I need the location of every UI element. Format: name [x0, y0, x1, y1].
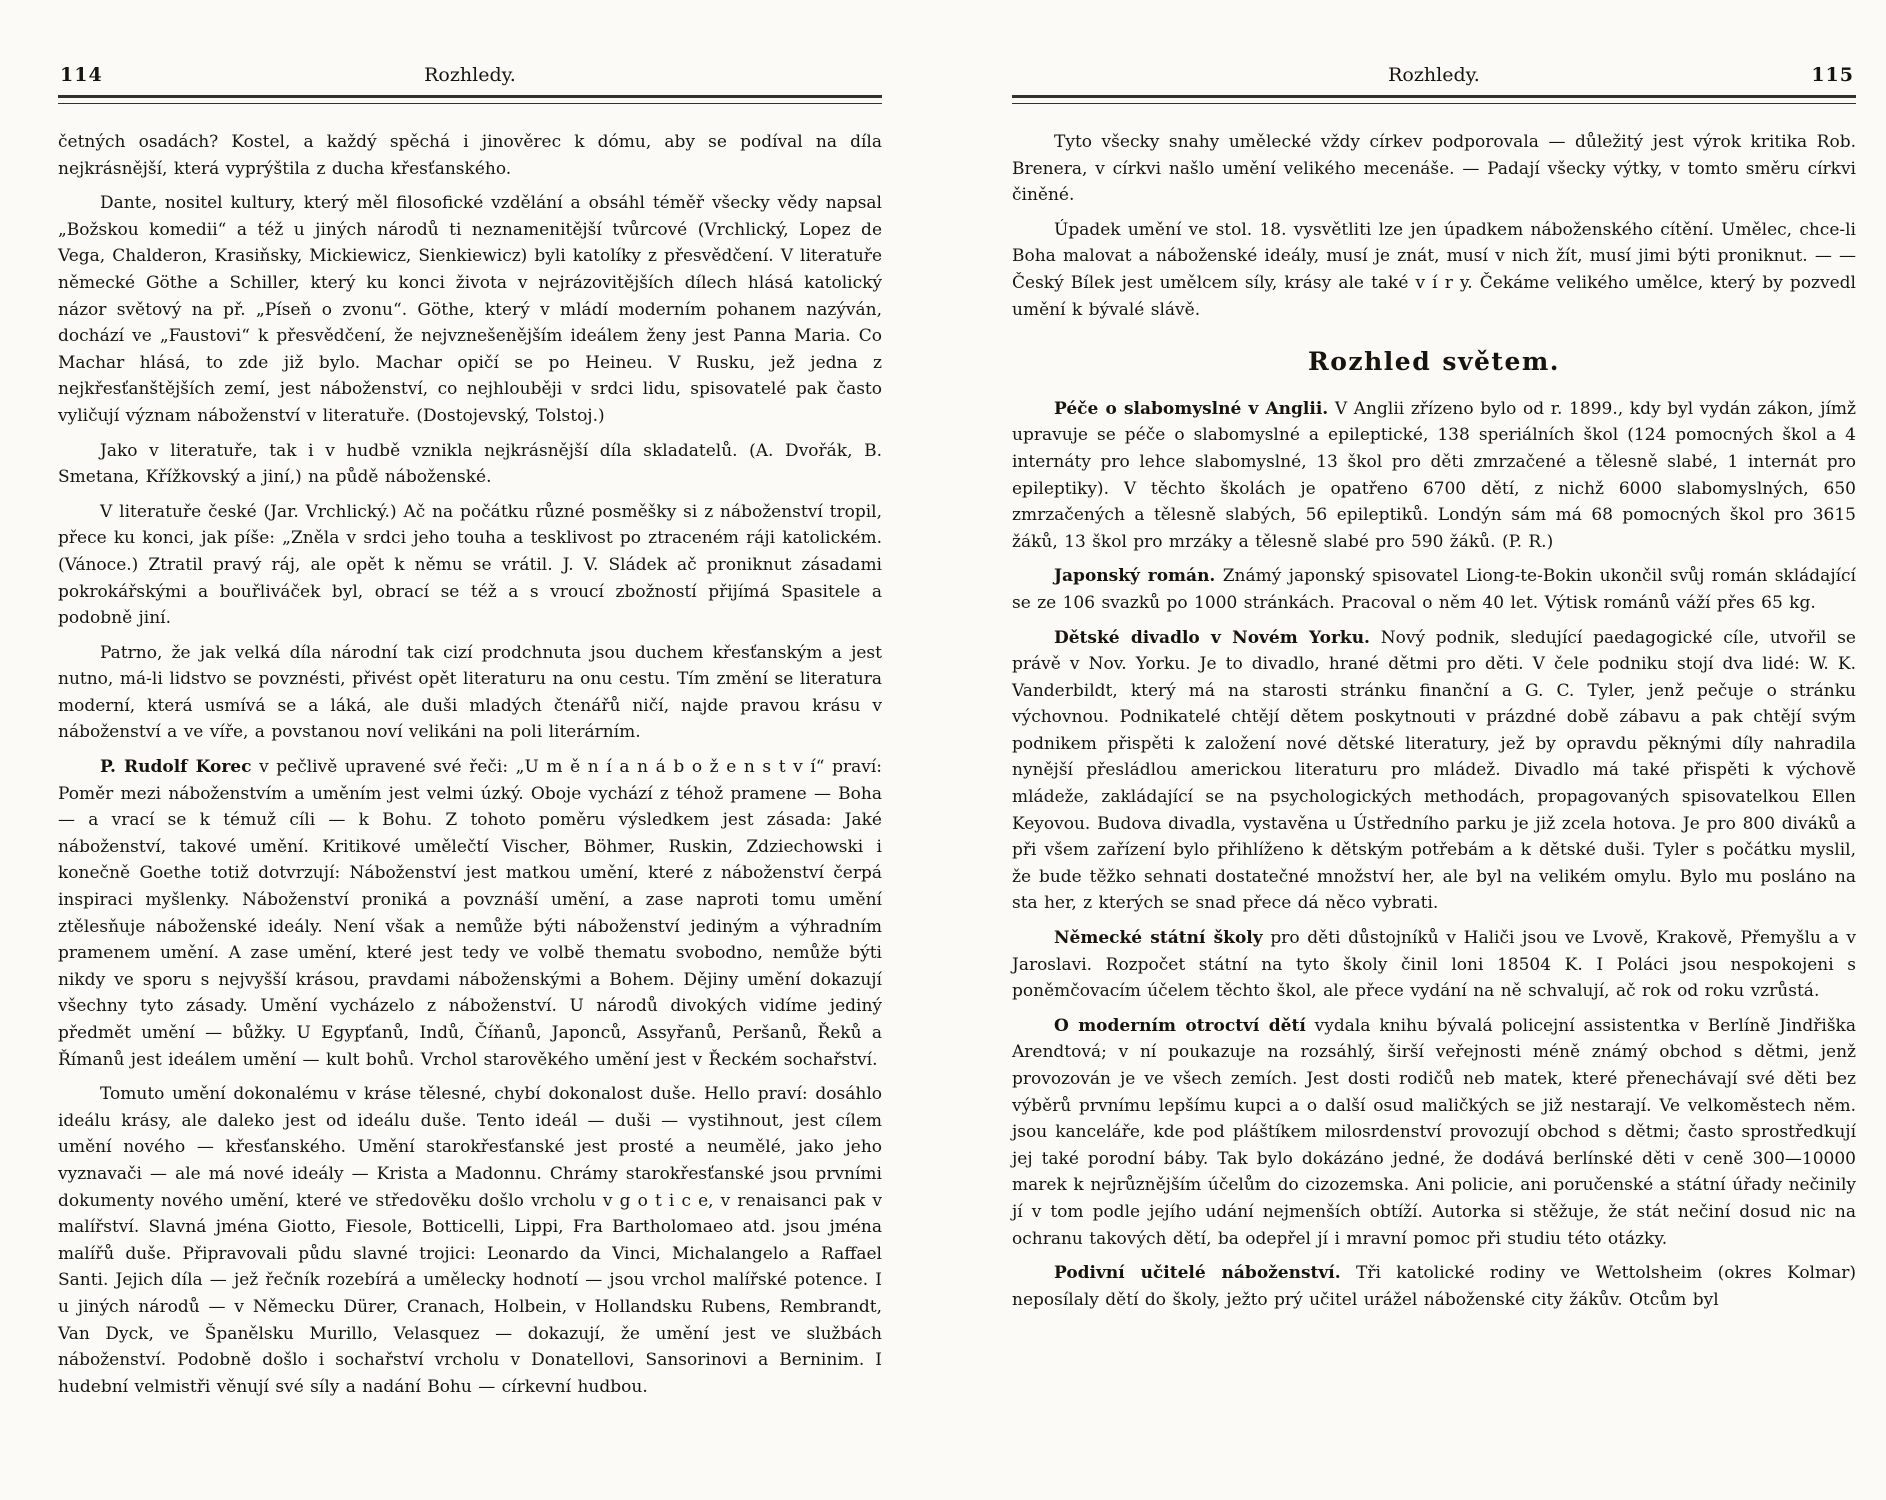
article-paragraph: Podivní učitelé náboženství. Tři katolic…	[1012, 1260, 1856, 1313]
paragraph: Tyto všecky snahy umělecké vždy církev p…	[1012, 129, 1856, 209]
paragraph-text: Nový podnik, sledující paedagogické cíle…	[1012, 628, 1856, 914]
article-paragraph: Německé státní školy pro děti důstojníků…	[1012, 925, 1856, 1005]
article-lead: O moderním otroctví dětí	[1054, 1016, 1306, 1036]
page-114: 114 Rozhledy. četných osadách? Kostel, a…	[58, 64, 882, 1408]
paragraph: V literatuře české (Jar. Vrchlický.) Ač …	[58, 499, 882, 632]
paragraph-text: Jako v literatuře, tak i v hudbě vznikla…	[58, 441, 882, 488]
paragraph-text: vydala knihu bývalá policejní assistentk…	[1012, 1016, 1856, 1249]
paragraph-text: Patrno, že jak velká díla národní tak ci…	[58, 643, 882, 743]
article-paragraph: Péče o slabomyslné v Anglii. V Anglii zř…	[1012, 396, 1856, 556]
article-paragraph: O moderním otroctví dětí vydala knihu bý…	[1012, 1013, 1856, 1252]
paragraph-text: Tomuto umění dokonalému v kráse tělesné,…	[58, 1084, 882, 1397]
paragraph: Patrno, že jak velká díla národní tak ci…	[58, 640, 882, 746]
paragraph: Tomuto umění dokonalému v kráse tělesné,…	[58, 1081, 882, 1400]
section-heading: Rozhled světem.	[1012, 349, 1856, 376]
paragraph: Jako v literatuře, tak i v hudbě vznikla…	[58, 438, 882, 491]
header-rule-right	[1012, 95, 1856, 104]
running-head-right: Rozhledy. 115	[1012, 64, 1856, 92]
running-head-left: 114 Rozhledy.	[58, 64, 882, 92]
paragraph-lead: P. Rudolf Korec	[100, 757, 251, 777]
paragraph-text: V Anglii zřízeno bylo od r. 1899., kdy b…	[1012, 399, 1856, 552]
paragraph-text: Úpadek umění ve stol. 18. vysvětliti lze…	[1012, 220, 1856, 320]
paragraph-text: Dante, nositel kultury, který měl filoso…	[58, 193, 882, 426]
paragraph-text: Tyto všecky snahy umělecké vždy církev p…	[1012, 132, 1856, 205]
header-rule-left	[58, 95, 882, 104]
article-lead: Podivní učitelé náboženství.	[1054, 1263, 1341, 1283]
page-body-left: četných osadách? Kostel, a každý spěchá …	[58, 129, 882, 1400]
paragraph: Úpadek umění ve stol. 18. vysvětliti lze…	[1012, 217, 1856, 323]
paragraph-text: V literatuře české (Jar. Vrchlický.) Ač …	[58, 502, 882, 628]
article-lead: Japonský román.	[1054, 566, 1215, 586]
running-title-left: Rozhledy.	[58, 64, 882, 86]
paragraph: P. Rudolf Korec v pečlivě upravené své ř…	[58, 754, 882, 1073]
page-115: Rozhledy. 115 Tyto všecky snahy umělecké…	[1012, 64, 1856, 1321]
article-paragraph: Dětské divadlo v Novém Yorku. Nový podni…	[1012, 625, 1856, 918]
article-lead: Péče o slabomyslné v Anglii.	[1054, 399, 1328, 419]
article-paragraph: Japonský román. Známý japonský spisovate…	[1012, 563, 1856, 616]
paragraph: četných osadách? Kostel, a každý spěchá …	[58, 129, 882, 182]
article-lead: Německé státní školy	[1054, 928, 1263, 948]
paragraph-text: četných osadách? Kostel, a každý spěchá …	[58, 132, 882, 179]
paragraph-text: v pečlivě upravené své řeči: „U m ě n í …	[58, 757, 882, 1070]
page-number-right: 115	[1811, 64, 1854, 86]
running-title-right: Rozhledy.	[1012, 64, 1856, 86]
article-lead: Dětské divadlo v Novém Yorku.	[1054, 628, 1370, 648]
page-body-right: Tyto všecky snahy umělecké vždy církev p…	[1012, 129, 1856, 1313]
paragraph: Dante, nositel kultury, který měl filoso…	[58, 190, 882, 429]
